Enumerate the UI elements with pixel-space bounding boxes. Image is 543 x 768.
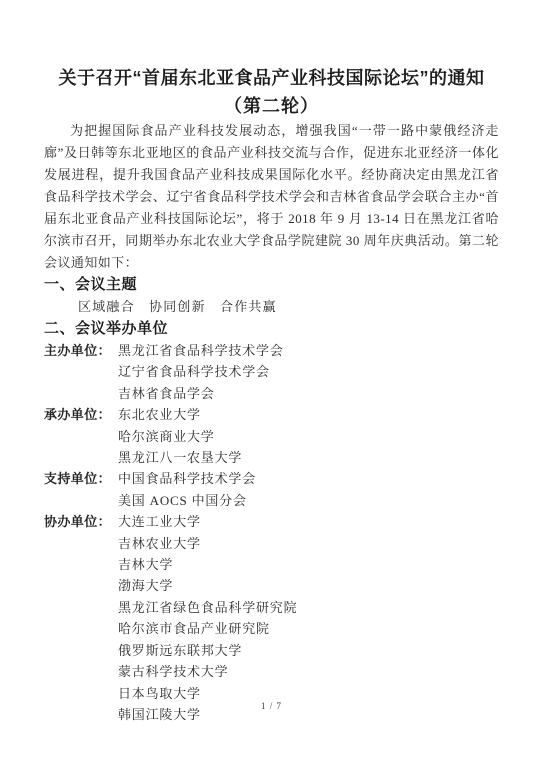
org-name: 吉林大学 — [118, 554, 173, 575]
org-row: 支持单位：中国食品科学技术学会 — [44, 468, 499, 489]
org-group-label: 承办单位： — [44, 404, 118, 425]
org-group-label: 主办单位： — [44, 340, 118, 361]
org-row: 吉林农业大学 — [44, 533, 499, 554]
org-row: 美国 AOCS 中国分会 — [44, 490, 499, 511]
org-name: 渤海大学 — [118, 575, 173, 596]
org-name: 大连工业大学 — [118, 511, 201, 532]
org-row: 渤海大学 — [44, 575, 499, 596]
page-number-footer: 1 / 7 — [0, 700, 543, 712]
org-row: 承办单位：东北农业大学 — [44, 404, 499, 425]
org-name: 中国食品科学技术学会 — [118, 468, 256, 489]
org-row: 吉林大学 — [44, 554, 499, 575]
org-list: 主办单位：黑龙江省食品科学技术学会辽宁省食品科学技术学会吉林省食品学会承办单位：… — [44, 340, 499, 725]
document-title: 关于召开“首届东北亚食品产业科技国际论坛”的通知 — [44, 64, 499, 92]
section-heading-theme: 一、会议主题 — [44, 274, 499, 296]
org-row: 蒙古科学技术大学 — [44, 661, 499, 682]
document-page: 关于召开“首届东北亚食品产业科技国际论坛”的通知 （第二轮） 为把握国际食品产业… — [0, 0, 543, 768]
org-row: 哈尔滨商业大学 — [44, 426, 499, 447]
org-row: 黑龙江省绿色食品科学研究院 — [44, 597, 499, 618]
org-name: 吉林农业大学 — [118, 533, 201, 554]
org-row: 吉林省食品学会 — [44, 383, 499, 404]
org-row: 俄罗斯远东联邦大学 — [44, 640, 499, 661]
org-name: 东北农业大学 — [118, 404, 201, 425]
org-name: 黑龙江省绿色食品科学研究院 — [118, 597, 297, 618]
org-name: 哈尔滨市食品产业研究院 — [118, 618, 270, 639]
document-subtitle: （第二轮） — [44, 92, 499, 120]
org-name: 黑龙江省食品科学技术学会 — [118, 340, 284, 361]
org-name: 辽宁省食品科学技术学会 — [118, 361, 270, 382]
org-name: 吉林省食品学会 — [118, 383, 215, 404]
org-name: 哈尔滨商业大学 — [118, 426, 215, 447]
org-name: 美国 AOCS 中国分会 — [118, 490, 247, 511]
org-row: 协办单位：大连工业大学 — [44, 511, 499, 532]
org-row: 哈尔滨市食品产业研究院 — [44, 618, 499, 639]
org-group-label: 协办单位： — [44, 511, 118, 532]
org-row: 黑龙江八一农垦大学 — [44, 447, 499, 468]
intro-paragraph: 为把握国际食品产业科技发展动态，增强我国“一带一路中蒙俄经济走廊”及日韩等东北亚… — [44, 120, 499, 274]
section-heading-organizers: 二、会议举办单位 — [44, 318, 499, 340]
org-row: 辽宁省食品科学技术学会 — [44, 361, 499, 382]
org-group-label: 支持单位： — [44, 468, 118, 489]
org-name: 俄罗斯远东联邦大学 — [118, 640, 242, 661]
org-name: 蒙古科学技术大学 — [118, 661, 228, 682]
org-name: 黑龙江八一农垦大学 — [118, 447, 242, 468]
theme-line: 区域融合 协同创新 合作共赢 — [44, 296, 499, 318]
org-row: 主办单位：黑龙江省食品科学技术学会 — [44, 340, 499, 361]
